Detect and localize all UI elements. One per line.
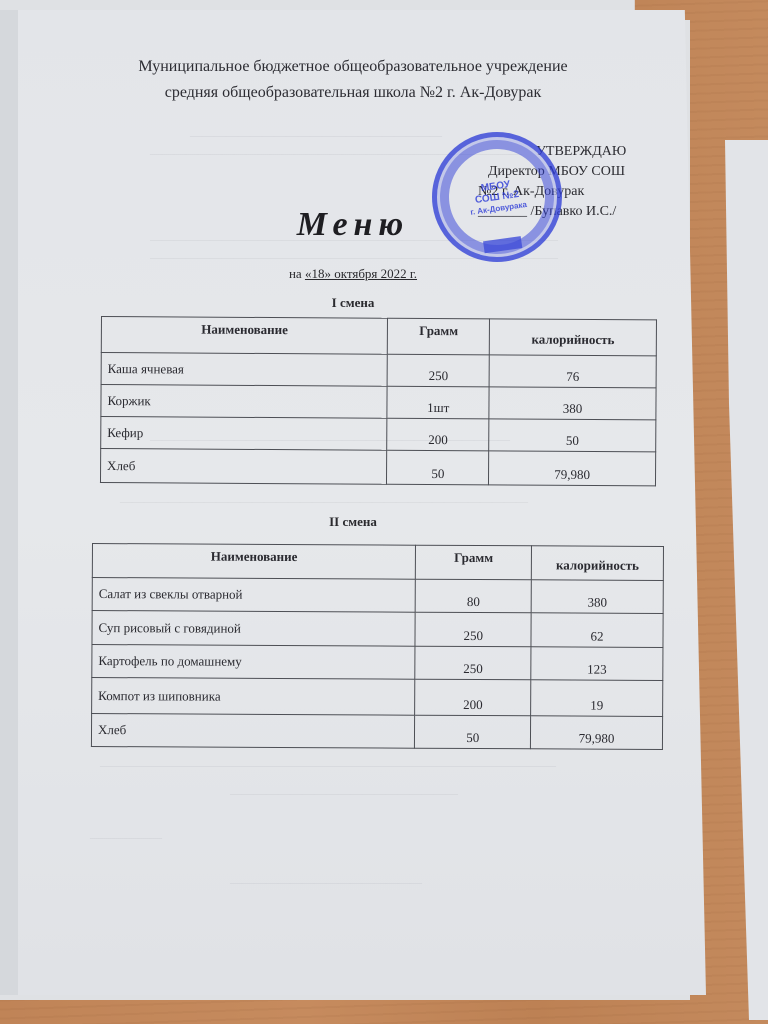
table-row: Кефир 200 50	[101, 417, 656, 452]
dish-name: Картофель по домашнему	[92, 645, 416, 680]
column-header-name: Наименование	[101, 317, 388, 355]
dish-calories: 79,980	[531, 716, 663, 750]
column-header-grams: Грамм	[388, 318, 490, 355]
dish-name: Хлеб	[100, 449, 387, 485]
table-row: Каша ячневая 250 76	[101, 353, 656, 388]
dish-name: Каша ячневая	[101, 353, 388, 387]
shift-1-menu-table: Наименование Грамм калорийность Каша ячн…	[100, 316, 657, 486]
dish-name: Компот из шиповника	[92, 678, 416, 716]
date-value: «18» октября 2022 г.	[305, 266, 417, 281]
table-row: Хлеб 50 79,980	[100, 449, 655, 486]
organization-name-line-2: средняя общеобразовательная школа №2 г. …	[0, 84, 706, 102]
shift-2-label: II смена	[0, 514, 706, 530]
table-row: Картофель по домашнему 250 123	[92, 645, 663, 681]
table-row: Коржик 1шт 380	[101, 385, 656, 420]
shift-1-label: I смена	[0, 295, 706, 311]
dish-calories: 380	[489, 387, 656, 420]
side-paper-sheet	[725, 140, 768, 1020]
shift-2-menu-table: Наименование Грамм калорийность Салат из…	[91, 543, 664, 750]
dish-calories: 123	[531, 647, 663, 681]
dish-grams: 250	[415, 646, 531, 680]
column-header-calories: калорийность	[489, 319, 656, 356]
dish-calories: 19	[531, 680, 663, 717]
dish-grams: 250	[415, 612, 531, 647]
dish-name: Суп рисовый с говядиной	[92, 611, 416, 647]
column-header-grams: Грамм	[416, 545, 532, 580]
table-row: Хлеб 50 79,980	[91, 714, 662, 750]
dish-calories: 62	[531, 613, 663, 648]
dish-grams: 200	[387, 418, 489, 451]
dish-grams: 1шт	[387, 386, 489, 419]
page-title: Меню	[0, 206, 706, 244]
menu-date: на «18» октября 2022 г.	[0, 266, 706, 282]
dish-name: Салат из свеклы отварной	[92, 578, 416, 613]
dish-grams: 50	[387, 450, 489, 485]
dish-calories: 50	[489, 419, 656, 452]
paper-stack-edge	[0, 10, 18, 995]
table-header-row: Наименование Грамм калорийность	[101, 317, 656, 356]
table-header-row: Наименование Грамм калорийность	[92, 544, 663, 581]
organization-name-line-1: Муниципальное бюджетное общеобразователь…	[0, 58, 706, 76]
column-header-calories: калорийность	[531, 546, 663, 581]
dish-name: Коржик	[101, 385, 388, 419]
dish-grams: 200	[415, 679, 531, 716]
table-row: Суп рисовый с говядиной 250 62	[92, 611, 663, 648]
table-row: Салат из свеклы отварной 80 380	[92, 578, 663, 614]
date-prefix: на	[289, 266, 302, 281]
dish-name: Хлеб	[91, 714, 415, 749]
table-row: Компот из шиповника 200 19	[92, 678, 663, 717]
dish-calories: 380	[531, 580, 663, 614]
dish-grams: 250	[387, 354, 489, 387]
dish-grams: 50	[415, 715, 531, 749]
dish-calories: 76	[489, 355, 656, 388]
dish-grams: 80	[415, 579, 531, 613]
dish-calories: 79,980	[489, 451, 656, 486]
dish-name: Кефир	[101, 417, 388, 451]
column-header-name: Наименование	[92, 544, 416, 580]
